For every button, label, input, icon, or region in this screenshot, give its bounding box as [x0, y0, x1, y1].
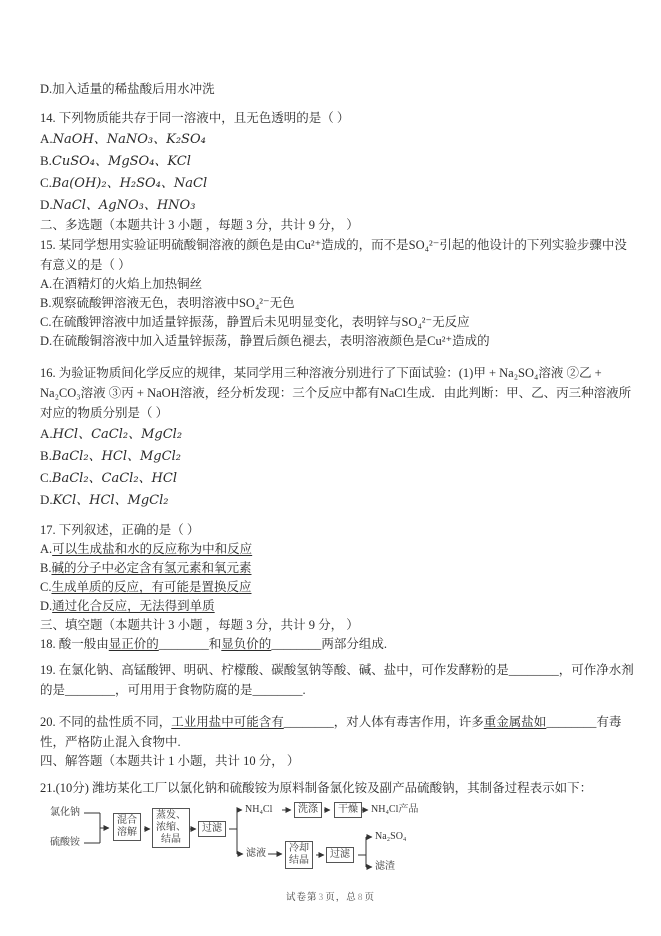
- question-16-option-d: D.KCl、HCl、MgCl₂: [40, 489, 634, 511]
- spacer: [40, 700, 634, 712]
- option-formulas: BaCl₂、CaCl₂、HCl: [52, 471, 177, 486]
- question-14-option-a: A.NaOH、NaNO₃、K₂SO₄: [40, 128, 634, 150]
- question-18-text: 和: [209, 637, 222, 651]
- question-21-stem: 21.(10分) 潍坊某化工厂以氯化钠和硫酸铵为原料制备氯化铵及副产品硫酸钠，其…: [40, 779, 634, 798]
- step-text: 蒸发、: [156, 810, 186, 822]
- step-text: 结晶: [289, 855, 309, 867]
- question-20-text: 20. 不同的盐性质不同，: [40, 715, 171, 729]
- step-mix-dissolve: 混合 溶解: [113, 813, 141, 841]
- option-label: D.: [40, 197, 53, 212]
- input-ammonium-sulfate: 硫酸铵: [50, 837, 80, 849]
- option-formulas: NaCl、AgNO₃、HNO₃: [53, 198, 196, 213]
- question-17-stem: 17. 下列叙述，正确的是（ ）: [40, 521, 634, 540]
- question-19: 19. 在氯化钠、高锰酸钾、明矾、柠檬酸、碳酸氢钠等酸、碱、盐中，可作发酵粉的是…: [40, 660, 634, 700]
- question-18: 18. 酸一般由显正价的________和显负价的________两部分组成.: [40, 635, 634, 654]
- option-text: 生成单质的反应，有可能是置换反应: [51, 580, 251, 594]
- label-residue: 滤渣: [375, 861, 395, 873]
- step-text: 结晶: [156, 834, 186, 846]
- question-17-option-d: D.通过化合反应，无法得到单质: [40, 597, 634, 616]
- question-14-stem: 14. 下列物质能共存于同一溶液中，且无色透明的是（ ）: [40, 109, 634, 128]
- option-text: 通过化合反应，无法得到单质: [52, 599, 215, 613]
- question-18-text: 18. 酸一般由: [40, 637, 109, 651]
- option-formulas: CuSO₄、MgSO₄、KCl: [52, 154, 191, 169]
- label-na2so4: Na₂SO₄: [375, 831, 406, 843]
- step-text: 浓缩、: [156, 822, 186, 834]
- step-wash: 洗涤: [294, 802, 322, 818]
- question-18-underlined: 显正价的: [109, 637, 159, 651]
- question-17-option-c: C.生成单质的反应，有可能是置换反应: [40, 578, 634, 597]
- step-text: 混合: [117, 815, 137, 827]
- footer-total-pages: 8: [357, 893, 365, 903]
- spacer: [40, 351, 634, 363]
- step-filter-1: 过滤: [198, 821, 226, 837]
- option-label: B.: [40, 448, 52, 463]
- footer-text: 页，总: [325, 893, 357, 903]
- question-16-stem: 16. 为验证物质间化学反应的规律，某同学用三种溶液分别进行了下面试验：(1)甲…: [40, 363, 634, 423]
- question-20-text: ，对人体有毒害作用，许多: [334, 715, 484, 729]
- option-formulas: NaOH、NaNO₃、K₂SO₄: [53, 132, 206, 147]
- question-14-option-d: D.NaCl、AgNO₃、HNO₃: [40, 194, 634, 216]
- step-filter-2: 过滤: [326, 847, 354, 863]
- option-text: 碱的分子中必定含有氢元素和氧元素: [51, 561, 251, 575]
- question-16-option-c: C.BaCl₂、CaCl₂、HCl: [40, 467, 634, 489]
- question-13-option-d: D.加入适量的稀盐酸后用水冲洗: [40, 80, 634, 99]
- option-formulas: BaCl₂、HCl、MgCl₂: [52, 449, 181, 464]
- question-18-text: 两部分组成.: [321, 637, 387, 651]
- process-flow-diagram: 氯化钠 硫酸铵 混合 溶解 蒸发、 浓缩、 结晶 过滤 NH₄Cl 洗涤 干燥 …: [48, 801, 438, 893]
- option-label: B.: [40, 153, 52, 168]
- fill-blank: ________: [546, 715, 596, 729]
- section-2-header: 二、多选题（本题共计 3 小题 ，每题 3 分，共计 9 分， ）: [40, 216, 634, 235]
- footer-text: 页: [365, 893, 376, 903]
- option-label: C.: [40, 470, 52, 485]
- label-filtrate: 滤液: [246, 848, 266, 860]
- option-label: A.: [40, 131, 53, 146]
- input-sodium-chloride: 氯化钠: [50, 807, 80, 819]
- footer-text: 试卷第: [286, 893, 318, 903]
- question-15-option-d: D.在硫酸铜溶液中加入适量锌振荡，静置后颜色褪去，表明溶液颜色是Cu²⁺造成的: [40, 332, 634, 351]
- option-label: A.: [40, 426, 53, 441]
- question-16-option-b: B.BaCl₂、HCl、MgCl₂: [40, 445, 634, 467]
- spacer: [40, 511, 634, 521]
- option-formulas: KCl、HCl、MgCl₂: [53, 493, 169, 508]
- section-4-header: 四、解答题（本题共计 1 小题，共计 10 分， ）: [40, 752, 634, 771]
- question-15-stem: 15. 某同学想用实验证明硫酸铜溶液的颜色是由Cu²⁺造成的，而不是SO₄²⁻引…: [40, 235, 634, 275]
- step-text: 溶解: [117, 827, 137, 839]
- question-15-option-a: A.在酒精灯的火焰上加热铜丝: [40, 275, 634, 294]
- question-20: 20. 不同的盐性质不同，工业用盐中可能含有________，对人体有毒害作用，…: [40, 712, 634, 752]
- label-nh4cl-product: NH₄Cl产品: [371, 804, 418, 816]
- option-label: C.: [40, 175, 52, 190]
- question-18-underlined: 显负价的: [221, 637, 271, 651]
- fill-blank: ________: [271, 637, 321, 651]
- option-label: C.: [40, 580, 51, 594]
- option-text: 可以生成盐和水的反应称为中和反应: [52, 542, 252, 556]
- step-cool-crystallize: 冷却 结晶: [285, 841, 313, 869]
- section-3-header: 三、填空题（本题共计 3 小题 ，每题 3 分，共计 9 分， ）: [40, 616, 634, 635]
- step-dry: 干燥: [334, 802, 362, 818]
- question-16-option-a: A.HCl、CaCl₂、MgCl₂: [40, 423, 634, 445]
- question-15-option-c: C.在硫酸钾溶液中加适量锌振荡，静置后未见明显变化，表明锌与SO₄²⁻无反应: [40, 313, 634, 332]
- question-17-option-b: B.碱的分子中必定含有氢元素和氧元素: [40, 559, 634, 578]
- question-14-option-b: B.CuSO₄、MgSO₄、KCl: [40, 150, 634, 172]
- step-evaporate-concentrate-crystallize: 蒸发、 浓缩、 结晶: [152, 808, 190, 848]
- option-label: D.: [40, 492, 53, 507]
- fill-blank: ________: [159, 637, 209, 651]
- option-formulas: HCl、CaCl₂、MgCl₂: [53, 427, 182, 442]
- question-14-option-c: C.Ba(OH)₂、H₂SO₄、NaCl: [40, 172, 634, 194]
- option-label: D.: [40, 599, 52, 613]
- label-nh4cl: NH₄Cl: [245, 804, 272, 816]
- step-text: 冷却: [289, 843, 309, 855]
- spacer: [40, 99, 634, 109]
- option-label: A.: [40, 542, 52, 556]
- spacer: [40, 771, 634, 779]
- question-20-underlined: 重金属盐如: [484, 715, 547, 729]
- question-17-option-a: A.可以生成盐和水的反应称为中和反应: [40, 540, 634, 559]
- exam-page: D.加入适量的稀盐酸后用水冲洗 14. 下列物质能共存于同一溶液中，且无色透明的…: [0, 0, 661, 936]
- question-15-option-b: B.观察硫酸钾溶液无色，表明溶液中SO₄²⁻无色: [40, 294, 634, 313]
- question-20-underlined: 工业用盐中可能含有: [171, 715, 284, 729]
- exam-content: D.加入适量的稀盐酸后用水冲洗 14. 下列物质能共存于同一溶液中，且无色透明的…: [40, 80, 634, 893]
- fill-blank: ________: [284, 715, 334, 729]
- option-formulas: Ba(OH)₂、H₂SO₄、NaCl: [52, 176, 207, 191]
- page-footer: 试卷第3页，总8页: [0, 889, 661, 903]
- option-label: B.: [40, 561, 51, 575]
